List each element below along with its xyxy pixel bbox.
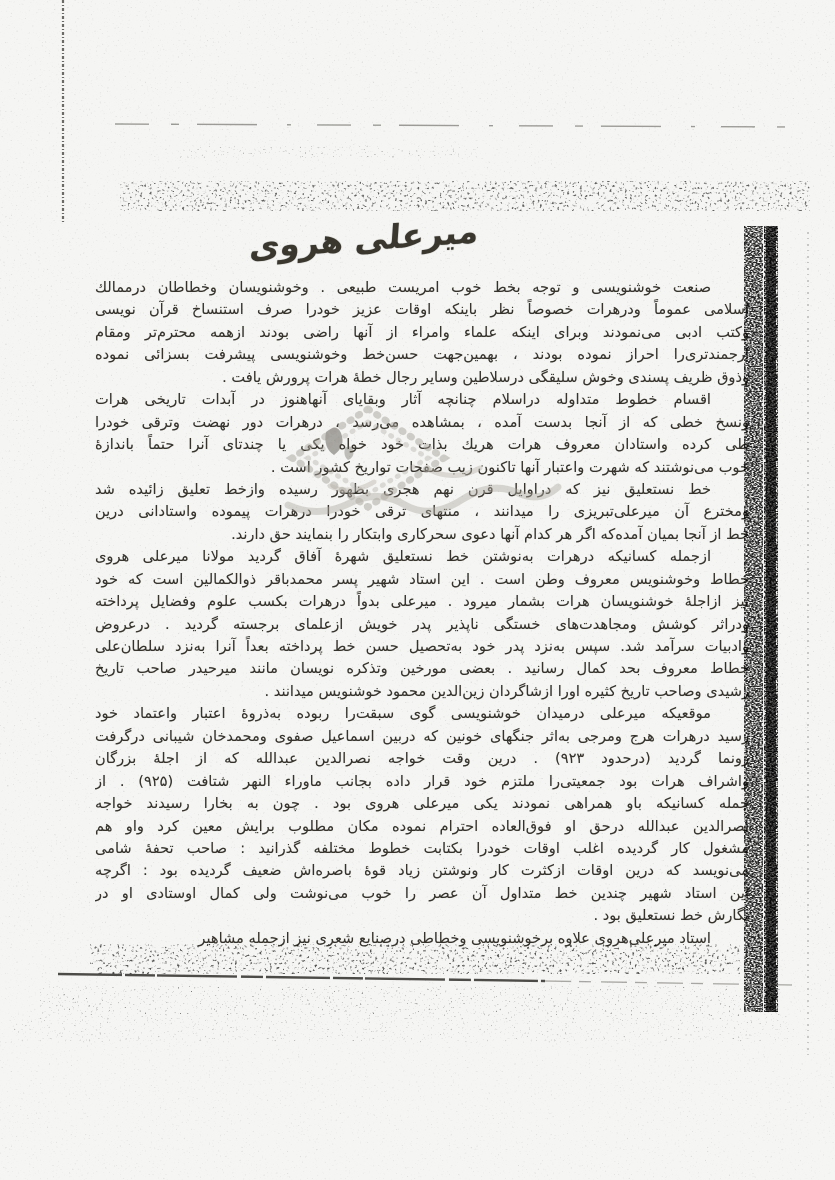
text-line: رشیدی وصاحب تاریخ كثیره اورا ازشاگردان ز… bbox=[95, 681, 749, 703]
page-title-calligraphy: میرعلی هروی bbox=[286, 211, 480, 287]
text-line: خطاط وخوشنویس معروف وطن است . این استاد … bbox=[95, 569, 749, 591]
text-line: ازجمله كسانیكه درهرات به‌نوشتن خط نستعلی… bbox=[95, 546, 749, 568]
bottom-broken-line-faint bbox=[545, 981, 792, 985]
text-line: می‌نویسد كه درین اوقات ازكثرت كار ونوشتن… bbox=[95, 860, 749, 882]
text-line: رونما گردید (درحدود ۹۲۳) . درین وقت خواج… bbox=[95, 748, 749, 770]
text-line: استاد میرعلی‌هروی علاوه برخوشنویسی وخطاط… bbox=[95, 928, 749, 950]
bottom-noise-band-3 bbox=[10, 1016, 790, 1042]
top-noise-band-faint bbox=[180, 146, 480, 158]
text-line: رسید درهرات هرج ومرجی به‌اثر جنگهای خونی… bbox=[95, 726, 749, 748]
text-line: جمله كسانیكه باو همراهی نمودند یكی میرعل… bbox=[95, 793, 749, 815]
text-line: ودراثر كوشش ومجاهدت‌های خستگی ناپذیر پدر… bbox=[95, 614, 749, 636]
text-line: خطاط معروف بحد كمال رسانید . بعضی مورخین… bbox=[95, 658, 749, 680]
right-scan-stripe-dark-noise bbox=[764, 226, 778, 1012]
bottom-noise-band-2 bbox=[40, 986, 780, 1016]
text-line: ومخترع آن میرعلی‌تبریزی را میدانند ، منت… bbox=[95, 501, 749, 523]
text-line: صنعت خوشنویسی و توجه بخط خوب امریست طبیع… bbox=[95, 277, 749, 299]
text-line: ونسخ خطی كه از آنجا بدست آمده ، بمشاهده … bbox=[95, 412, 749, 434]
text-line: ارجمندتری‌را احراز نموده بودند ، بهمین‌ج… bbox=[95, 344, 749, 366]
text-line: نگارش خط نستعلیق بود . bbox=[95, 905, 749, 927]
text-line: خوب می‌نوشتند كه شهرت واعتبار آنها تاكنو… bbox=[95, 457, 749, 479]
body-text: صنعت خوشنویسی و توجه بخط خوب امریست طبیع… bbox=[95, 277, 749, 950]
top-noise-band bbox=[120, 181, 810, 211]
top-broken-line bbox=[115, 124, 795, 127]
text-line: وادبیات سرآمد شد. سپس به‌نزد پدر خود به‌… bbox=[95, 636, 749, 658]
right-scan-stripe-dark bbox=[766, 226, 776, 1012]
text-line: اسلامی عموماً ودرهرات خصوصاً نظر باینكه … bbox=[95, 299, 749, 321]
scanned-book-page: { "page": { "kind": "scanned-book-page",… bbox=[0, 0, 835, 1180]
text-line: اقسام خطوط متداوله دراسلام چنانچه آثار و… bbox=[95, 389, 749, 411]
text-line: این استاد شهیر چندین خط متداول آن عصر را… bbox=[95, 883, 749, 905]
text-line: موقعیكه میرعلی درمیدان خوشنویسی گوی سبقت… bbox=[95, 703, 749, 725]
bottom-broken-line-heavy bbox=[58, 974, 545, 981]
text-line: خط نستعلیق نیز كه دراوایل قرن نهم هجری ب… bbox=[95, 479, 749, 501]
text-line: وكتب ادبی می‌نمودند وبرای اینكه علماء وا… bbox=[95, 322, 749, 344]
text-line: وذوق ظریف پسندی وخوش سلیقگی درسلاطین وسا… bbox=[95, 367, 749, 389]
text-line: طی كرده واستادان معروف هرات هریك بذات خو… bbox=[95, 434, 749, 456]
text-line: نیز ازاجلهٔ خوشنویسان هرات بشمار میرود .… bbox=[95, 591, 749, 613]
text-line: نصرالدین عبدالله درحق او فوق‌العاده احتر… bbox=[95, 816, 749, 838]
text-line: واشراف هرات بود جمعیتی‌را ملتزم خود قرار… bbox=[95, 771, 749, 793]
scanned-page: میرعلی هروی صنعت خوشنویسی و توجه بخط خوب… bbox=[0, 0, 835, 1180]
text-line: خط از آنجا بمیان آمده‌كه اگر هر كدام آنه… bbox=[95, 524, 749, 546]
text-line: مشغول كار گردیده اغلب اوقات خودرا بكتابت… bbox=[95, 838, 749, 860]
